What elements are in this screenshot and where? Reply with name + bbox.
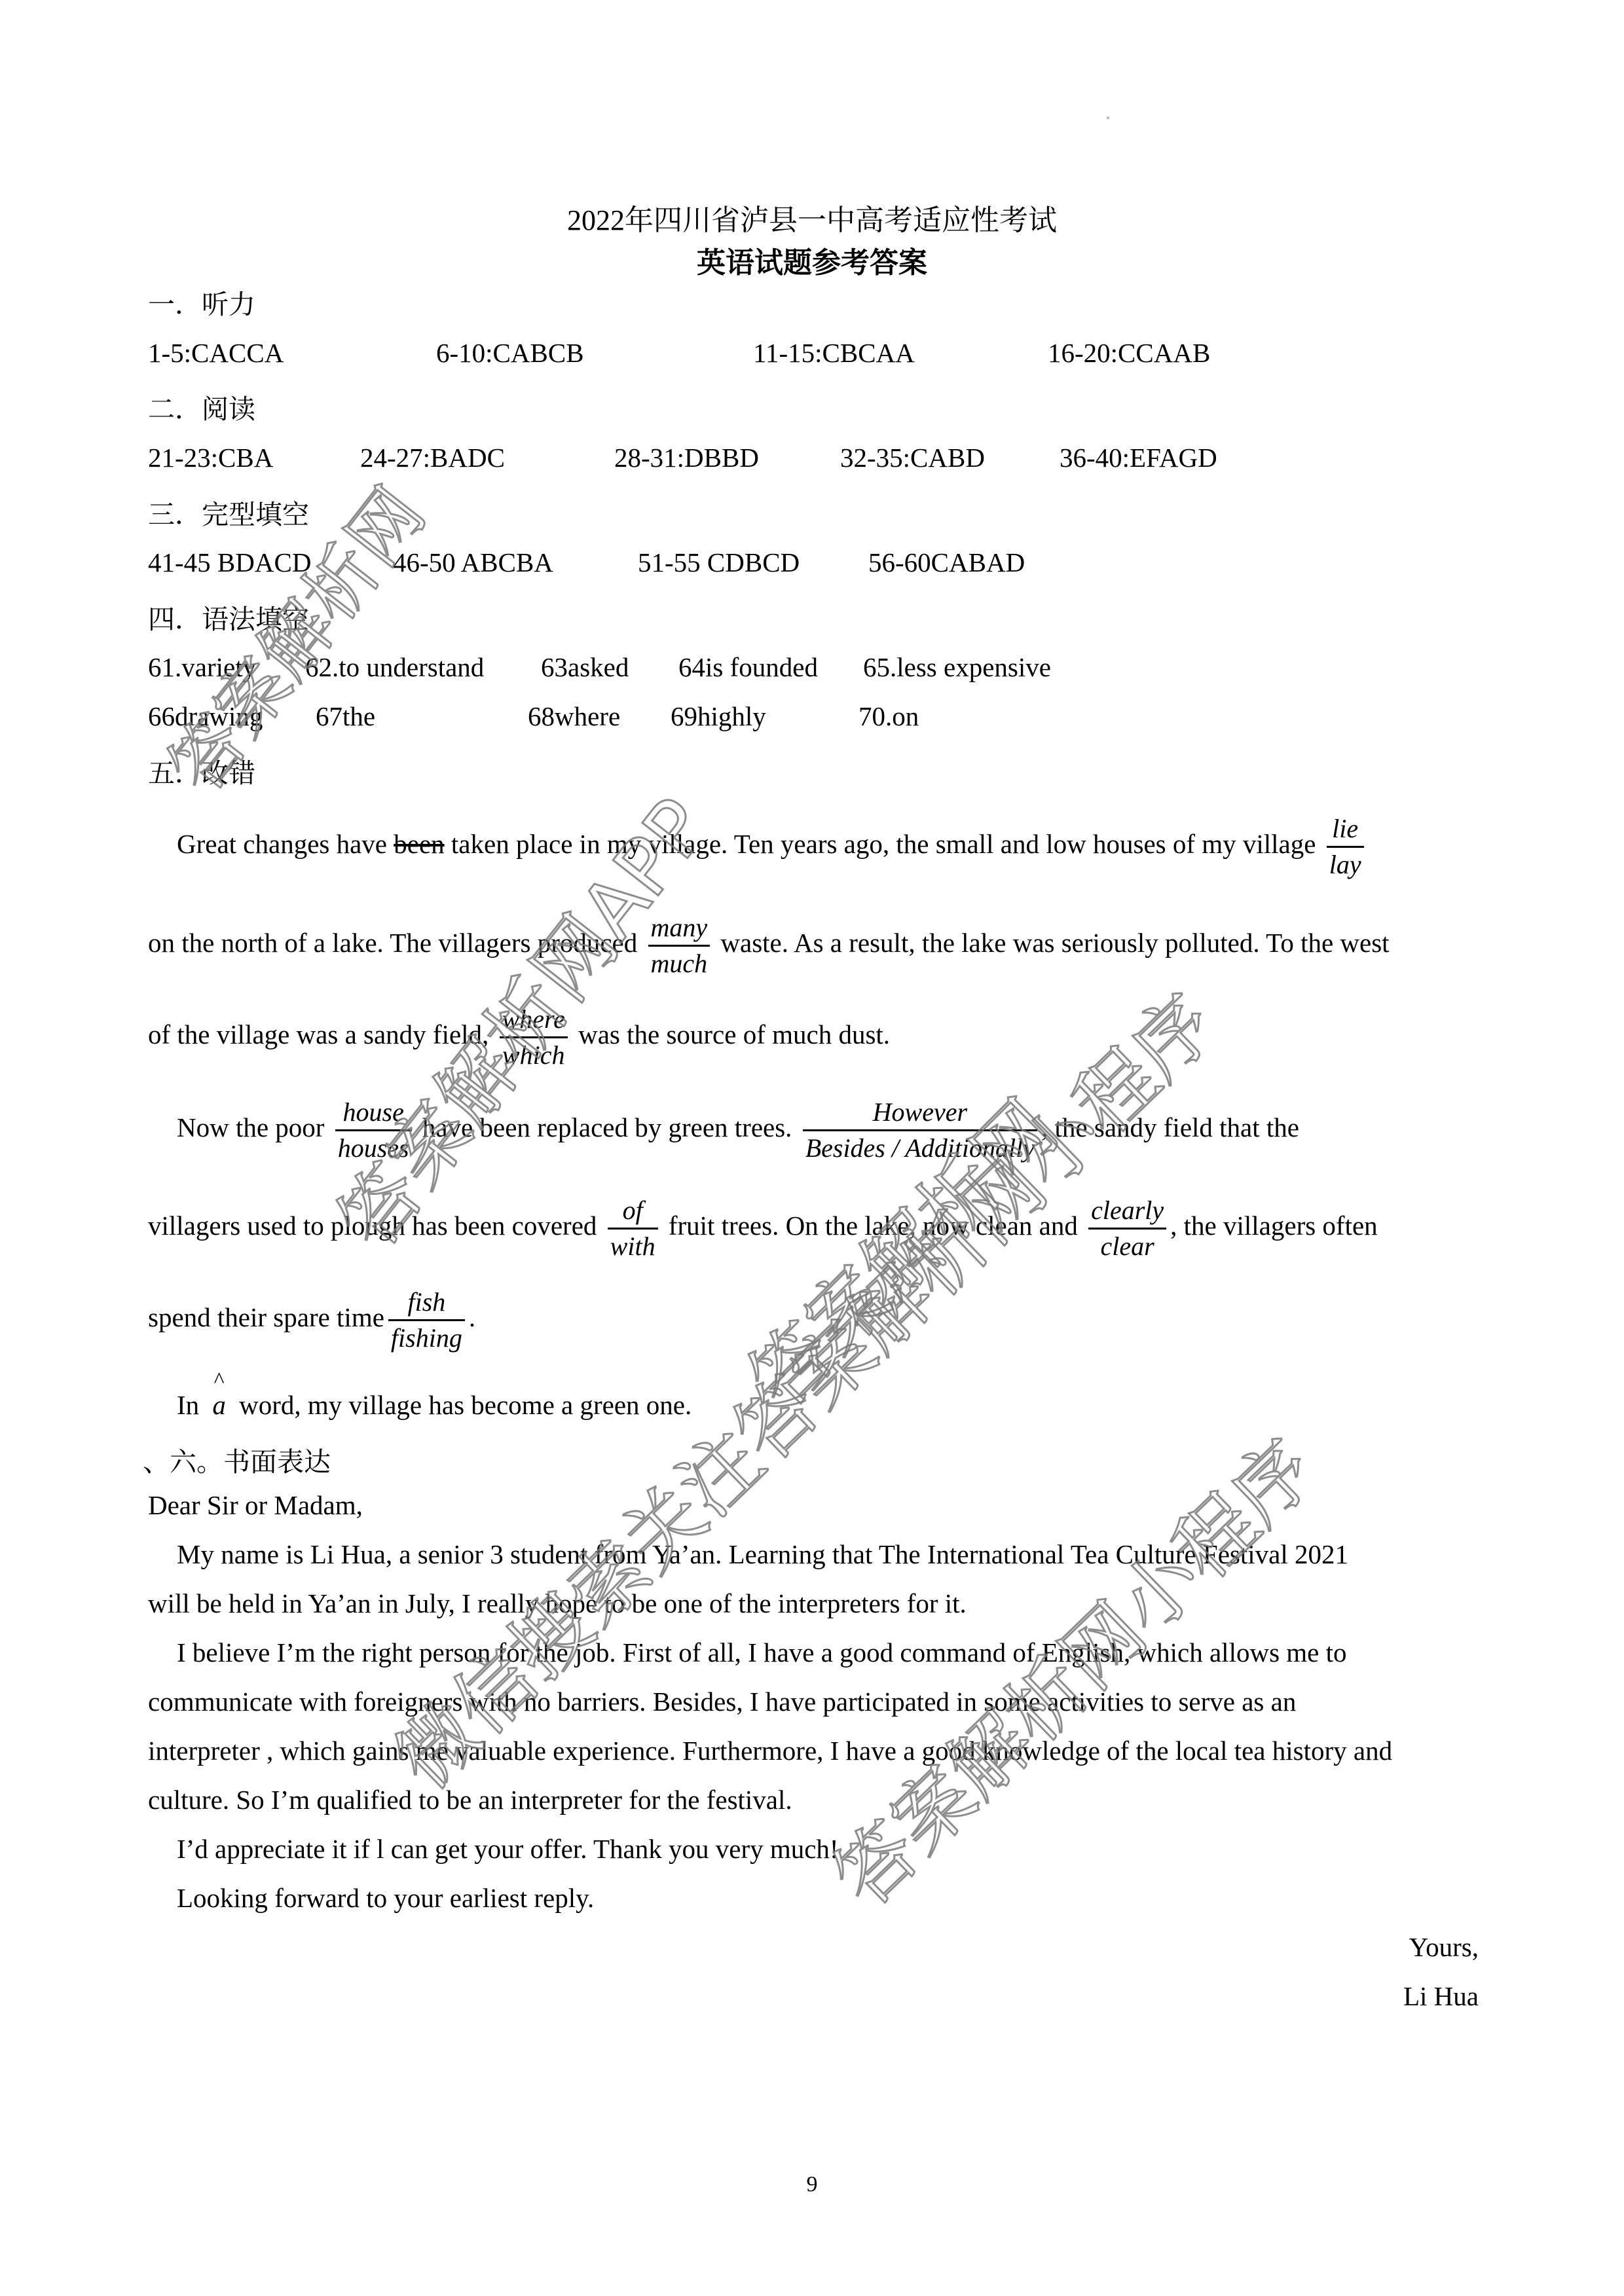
- letter-line: communicate with foreigners with no barr…: [148, 1686, 1296, 1717]
- text: word, my village has become a green one.: [239, 1390, 692, 1420]
- correct-word: much: [648, 948, 710, 979]
- fraction-bar: [608, 1228, 658, 1230]
- letter-line: culture. So I’m qualified to be an inter…: [148, 1784, 792, 1815]
- wrong-word: clearly: [1088, 1195, 1166, 1226]
- correct-word: clear: [1088, 1231, 1166, 1262]
- letter-line: I believe I’m the right person for the j…: [177, 1637, 1347, 1668]
- text: of the village was a sandy field,: [148, 1019, 489, 1049]
- letter-line: interpreter , which gains me valuable ex…: [148, 1735, 1392, 1766]
- page-title: 2022年四川省泸县一中高考适应性考试: [0, 196, 1624, 238]
- correction-fix-however: However Besides / Additionally: [803, 1097, 1037, 1164]
- section-heading-cloze: 三．完型填空: [148, 493, 309, 532]
- correct-word: which: [500, 1040, 568, 1071]
- answer-listening-4: 16-20:CCAAB: [1048, 337, 1210, 369]
- letter-line: My name is Li Hua, a senior 3 student fr…: [177, 1539, 1348, 1570]
- correct-word: lay: [1327, 849, 1364, 881]
- wrong-word: However: [803, 1097, 1037, 1128]
- answer-cloze-2: 46-50 ABCBA: [393, 547, 553, 578]
- fraction-bar: [1088, 1228, 1166, 1230]
- letter-salutation: Dear Sir or Madam,: [148, 1489, 363, 1521]
- answer-listening-3: 11-15:CBCAA: [753, 337, 915, 369]
- correction-line-3: of the village was a sandy field, where …: [148, 1004, 890, 1071]
- answer-grammar-70: 70.on: [858, 701, 919, 732]
- correction-line-5: villagers used to plough has been covere…: [148, 1195, 1378, 1262]
- answer-grammar-65: 65.less expensive: [863, 651, 1051, 683]
- correct-word: houses: [335, 1133, 412, 1164]
- insertion-mark: ^ a: [212, 1389, 226, 1421]
- answer-reading-3: 28-31:DBBD: [614, 442, 759, 473]
- text: taken place in my village. Ten years ago…: [451, 829, 1316, 859]
- text: villagers used to plough has been covere…: [148, 1211, 597, 1241]
- section-heading-grammar: 四．语法填空: [148, 598, 309, 636]
- answer-grammar-67: 67the: [316, 701, 375, 732]
- watermark: 微信搜索关注答案解析网小程序: [367, 964, 1236, 1810]
- wrong-word: fish: [388, 1286, 465, 1318]
- fraction-bar: [803, 1129, 1037, 1131]
- section-heading-listening: 一．听力: [148, 283, 255, 321]
- text: Great changes have: [177, 829, 387, 859]
- section-heading-correction: 五．改错: [148, 752, 255, 790]
- correction-fix-clearly: clearly clear: [1088, 1195, 1166, 1262]
- correction-fix-fish: fish fishing: [388, 1286, 465, 1354]
- text: on the north of a lake. The villagers pr…: [148, 928, 637, 958]
- answer-reading-1: 21-23:CBA: [148, 442, 273, 473]
- text: Now the poor: [177, 1112, 324, 1142]
- text: have been replaced by green trees.: [422, 1112, 792, 1142]
- letter-line: Looking forward to your earliest reply.: [177, 1882, 594, 1914]
- correct-word: fishing: [388, 1322, 465, 1354]
- wrong-word: many: [648, 912, 710, 943]
- correction-fix-lie: lie lay: [1327, 813, 1364, 881]
- answer-grammar-68: 68where: [528, 701, 620, 732]
- letter-line: will be held in Ya’an in July, I really …: [148, 1588, 967, 1619]
- text: spend their spare time: [148, 1302, 384, 1332]
- answer-grammar-61: 61.variety: [148, 651, 256, 683]
- answer-grammar-63: 63asked: [541, 651, 629, 683]
- wrong-word: where: [500, 1004, 568, 1035]
- correction-fix-of: of with: [608, 1195, 658, 1262]
- text: , the villagers often: [1170, 1211, 1378, 1241]
- answer-key-page: 2022年四川省泸县一中高考适应性考试 英语试题参考答案 一．听力 1-5:CA…: [0, 0, 1624, 2296]
- page-number: 9: [0, 2172, 1624, 2197]
- section-heading-writing: 、六。书面表达: [143, 1440, 331, 1479]
- caret-icon: ^: [214, 1368, 225, 1393]
- answer-grammar-64: 64is founded: [678, 651, 818, 683]
- wrong-word: of: [608, 1195, 658, 1226]
- scan-speck: [1107, 117, 1109, 119]
- text: fruit trees. On the lake, now clean and: [669, 1211, 1078, 1241]
- correction-fix-where: where which: [500, 1004, 568, 1071]
- watermark: 答案解析网小程序: [805, 1410, 1336, 1927]
- inserted-word: a: [212, 1390, 226, 1420]
- fraction-bar: [1327, 846, 1364, 848]
- answer-reading-2: 24-27:BADC: [360, 442, 505, 473]
- answer-grammar-62: 62.to understand: [305, 651, 484, 683]
- wrong-word: house: [335, 1097, 412, 1128]
- correction-fix-house: house houses: [335, 1097, 412, 1164]
- correction-line-2: on the north of a lake. The villagers pr…: [148, 912, 1390, 979]
- text: .: [469, 1302, 475, 1332]
- correction-fix-many: many much: [648, 912, 710, 979]
- section-heading-reading: 二．阅读: [148, 388, 255, 426]
- fraction-bar: [335, 1129, 412, 1131]
- answer-cloze-4: 56-60CABAD: [868, 547, 1025, 578]
- page-subtitle: 英语试题参考答案: [0, 239, 1624, 281]
- text: , the sandy field that the: [1041, 1112, 1299, 1142]
- correct-word: Besides / Additionally: [803, 1133, 1037, 1164]
- fraction-bar: [500, 1036, 568, 1038]
- correction-line-6: spend their spare time fish fishing .: [148, 1286, 475, 1354]
- text: was the source of much dust.: [578, 1019, 890, 1049]
- answer-reading-5: 36-40:EFAGD: [1060, 442, 1217, 473]
- answer-reading-4: 32-35:CABD: [840, 442, 985, 473]
- answer-grammar-69: 69highly: [671, 701, 766, 732]
- correction-line-4: Now the poor house houses have been repl…: [177, 1097, 1299, 1164]
- fraction-bar: [648, 945, 710, 947]
- text: waste. As a result, the lake was serious…: [720, 928, 1389, 958]
- text: In: [177, 1390, 199, 1420]
- answer-grammar-66: 66drawing: [148, 701, 263, 732]
- correction-line-1: Great changes have been taken place in m…: [177, 813, 1368, 881]
- letter-signature: Li Hua: [1403, 1980, 1479, 2012]
- answer-listening-1: 1-5:CACCA: [148, 337, 284, 369]
- fraction-bar: [388, 1319, 465, 1321]
- letter-closing: Yours,: [1409, 1931, 1479, 1963]
- answer-cloze-3: 51-55 CDBCD: [638, 547, 800, 578]
- answer-listening-2: 6-10:CABCB: [436, 337, 584, 369]
- correction-line-7: In ^ a word, my village has become a gre…: [177, 1389, 692, 1421]
- correct-word: with: [608, 1231, 658, 1262]
- letter-line: I’d appreciate it if l can get your offe…: [177, 1833, 839, 1865]
- answer-cloze-1: 41-45 BDACD: [148, 547, 311, 578]
- wrong-word: lie: [1327, 813, 1364, 845]
- struck-word: been: [394, 829, 444, 859]
